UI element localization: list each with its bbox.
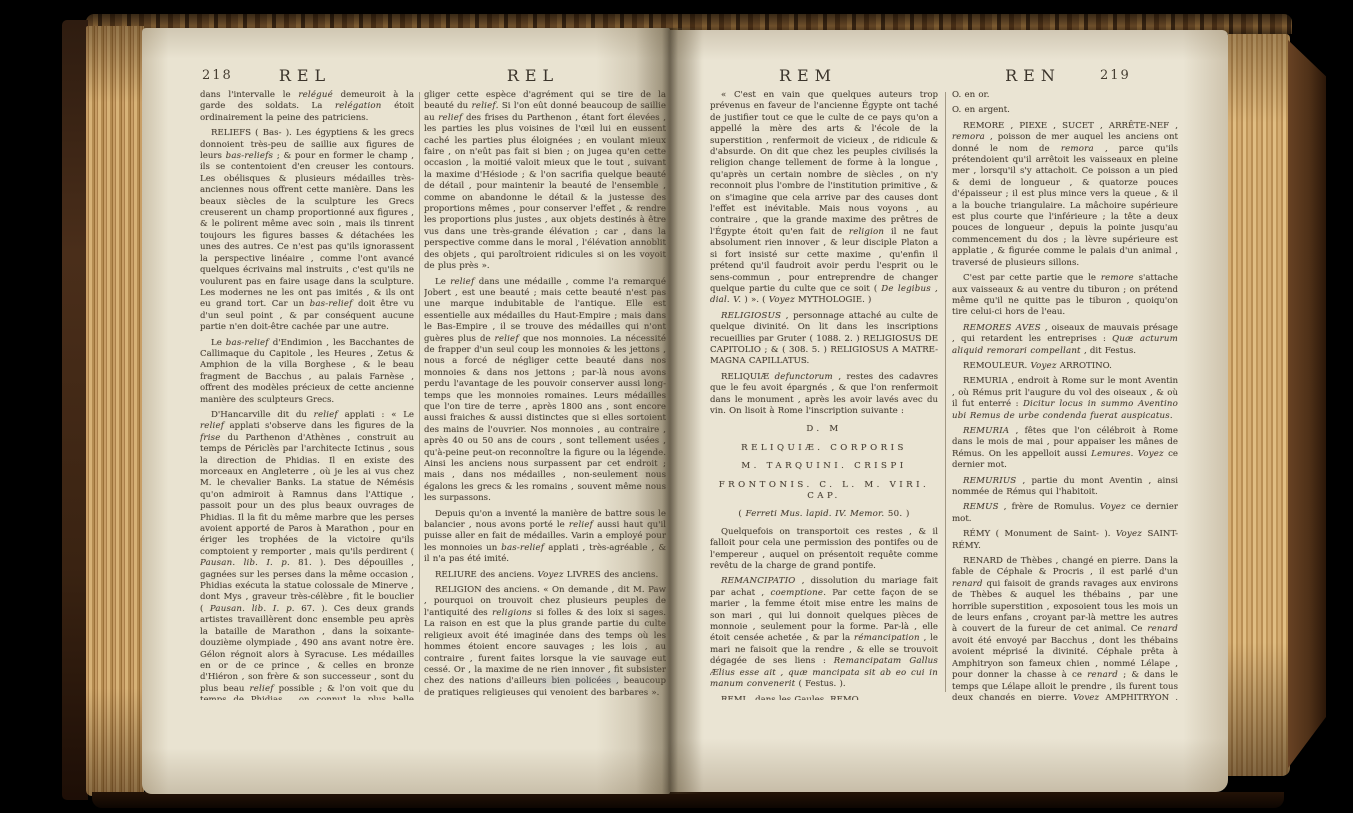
paragraph: Le bas-relief d'Endimion , les Bacchante… <box>200 338 414 406</box>
paragraph: REMURIA , fêtes que l'on célébroit à Rom… <box>952 426 1178 472</box>
paragraph: REMI , dans les Gaules. REMO. <box>710 695 938 701</box>
page-right-219: REM REN 219 « C'est en vain que quelques… <box>668 30 1228 792</box>
page-number-219: 219 <box>1100 68 1131 83</box>
paragraph: M. TARQUINI. CRISPI <box>710 461 938 472</box>
paragraph: « C'est en vain que quelques auteurs tro… <box>710 90 938 307</box>
paragraph: D'Hancarville dit du relief applati : « … <box>200 410 414 700</box>
paragraph: D. M <box>710 424 938 435</box>
page-left-218: 218 REL REL dans l'intervalle le relégué… <box>142 28 670 794</box>
paragraph: RENARD de Thèbes , changé en pierre. Dan… <box>952 556 1178 700</box>
text-column: O. en or.O. en argent.REMORE , PIEXE , S… <box>952 90 1178 700</box>
text-column: « C'est en vain que quelques auteurs tro… <box>710 90 938 700</box>
paragraph: Quelquefois on transportoit ces restes ,… <box>710 527 938 573</box>
paragraph: REMOULEUR. Voyez ARROTINO. <box>952 361 1178 372</box>
paragraph: REMANCIPATIO , dissolution du mariage fa… <box>710 576 938 690</box>
left-fore-edge-pages <box>86 26 144 796</box>
paragraph: ( Ferreti Mus. lapid. IV. Memor. 50. ) <box>710 509 938 520</box>
photo-background: { "colors":{"background":"#000000","page… <box>0 0 1353 813</box>
paragraph: RÉMY ( Monument de Saint- ). Voyez SAINT… <box>952 529 1178 552</box>
paragraph: REMURIUS , partie du mont Aventin , ains… <box>952 476 1178 499</box>
open-book-photo: 218 REL REL dans l'intervalle le relégué… <box>0 0 1353 813</box>
right-fore-edge-pages <box>1228 34 1290 776</box>
column-divider-rule <box>419 92 420 692</box>
paragraph: REMURIA , endroit à Rome sur le mont Ave… <box>952 376 1178 422</box>
paragraph: RELIGIOSUS , personnage attaché au culte… <box>710 311 938 368</box>
paragraph: REMORES AVES , oiseaux de mauvais présag… <box>952 323 1178 357</box>
paragraph: REMUS , frère de Romulus. Voyez ce derni… <box>952 502 1178 525</box>
page-number-218: 218 <box>202 68 233 83</box>
paragraph: Le relief dans une médaille , comme l'a … <box>424 277 666 505</box>
running-title-ren: REN <box>1005 66 1061 85</box>
paragraph: O. en argent. <box>952 105 1178 116</box>
paragraph: FRONTONIS. C. L. M. VIRI. CAP. <box>710 480 938 503</box>
paragraph: REMORE , PIEXE , SUCET , ARRÊTE-NEF , re… <box>952 121 1178 269</box>
right-cover-board <box>1288 40 1326 768</box>
paragraph: C'est par cette partie que le remore s'a… <box>952 273 1178 319</box>
text-column: dans l'intervalle le relégué demeuroit à… <box>200 90 414 700</box>
paragraph: RELIQUIÆ defunctorum , restes des cadavr… <box>710 372 938 418</box>
paragraph: RELIQUIÆ. CORPORIS <box>710 443 938 454</box>
book-bottom-edge <box>92 792 1284 808</box>
paragraph: gliger cette espèce d'agrément qui se ti… <box>424 90 666 273</box>
text-column: gliger cette espèce d'agrément qui se ti… <box>424 90 666 700</box>
paragraph: Depuis qu'on a inventé la manière de bat… <box>424 509 666 566</box>
running-title-rem: REM <box>779 66 837 85</box>
running-title-rel-2: REL <box>507 66 559 85</box>
running-title-rel-1: REL <box>279 66 331 85</box>
paragraph: dans l'intervalle le relégué demeuroit à… <box>200 90 414 124</box>
paragraph: RELIEFS ( Bas- ). Les égyptiens & les gr… <box>200 128 414 333</box>
paragraph: RELIURE des anciens. Voyez LIVRES des an… <box>424 570 666 581</box>
left-cover-board <box>62 20 88 800</box>
paragraph: O. en or. <box>952 90 1178 101</box>
column-divider-rule <box>945 92 946 692</box>
